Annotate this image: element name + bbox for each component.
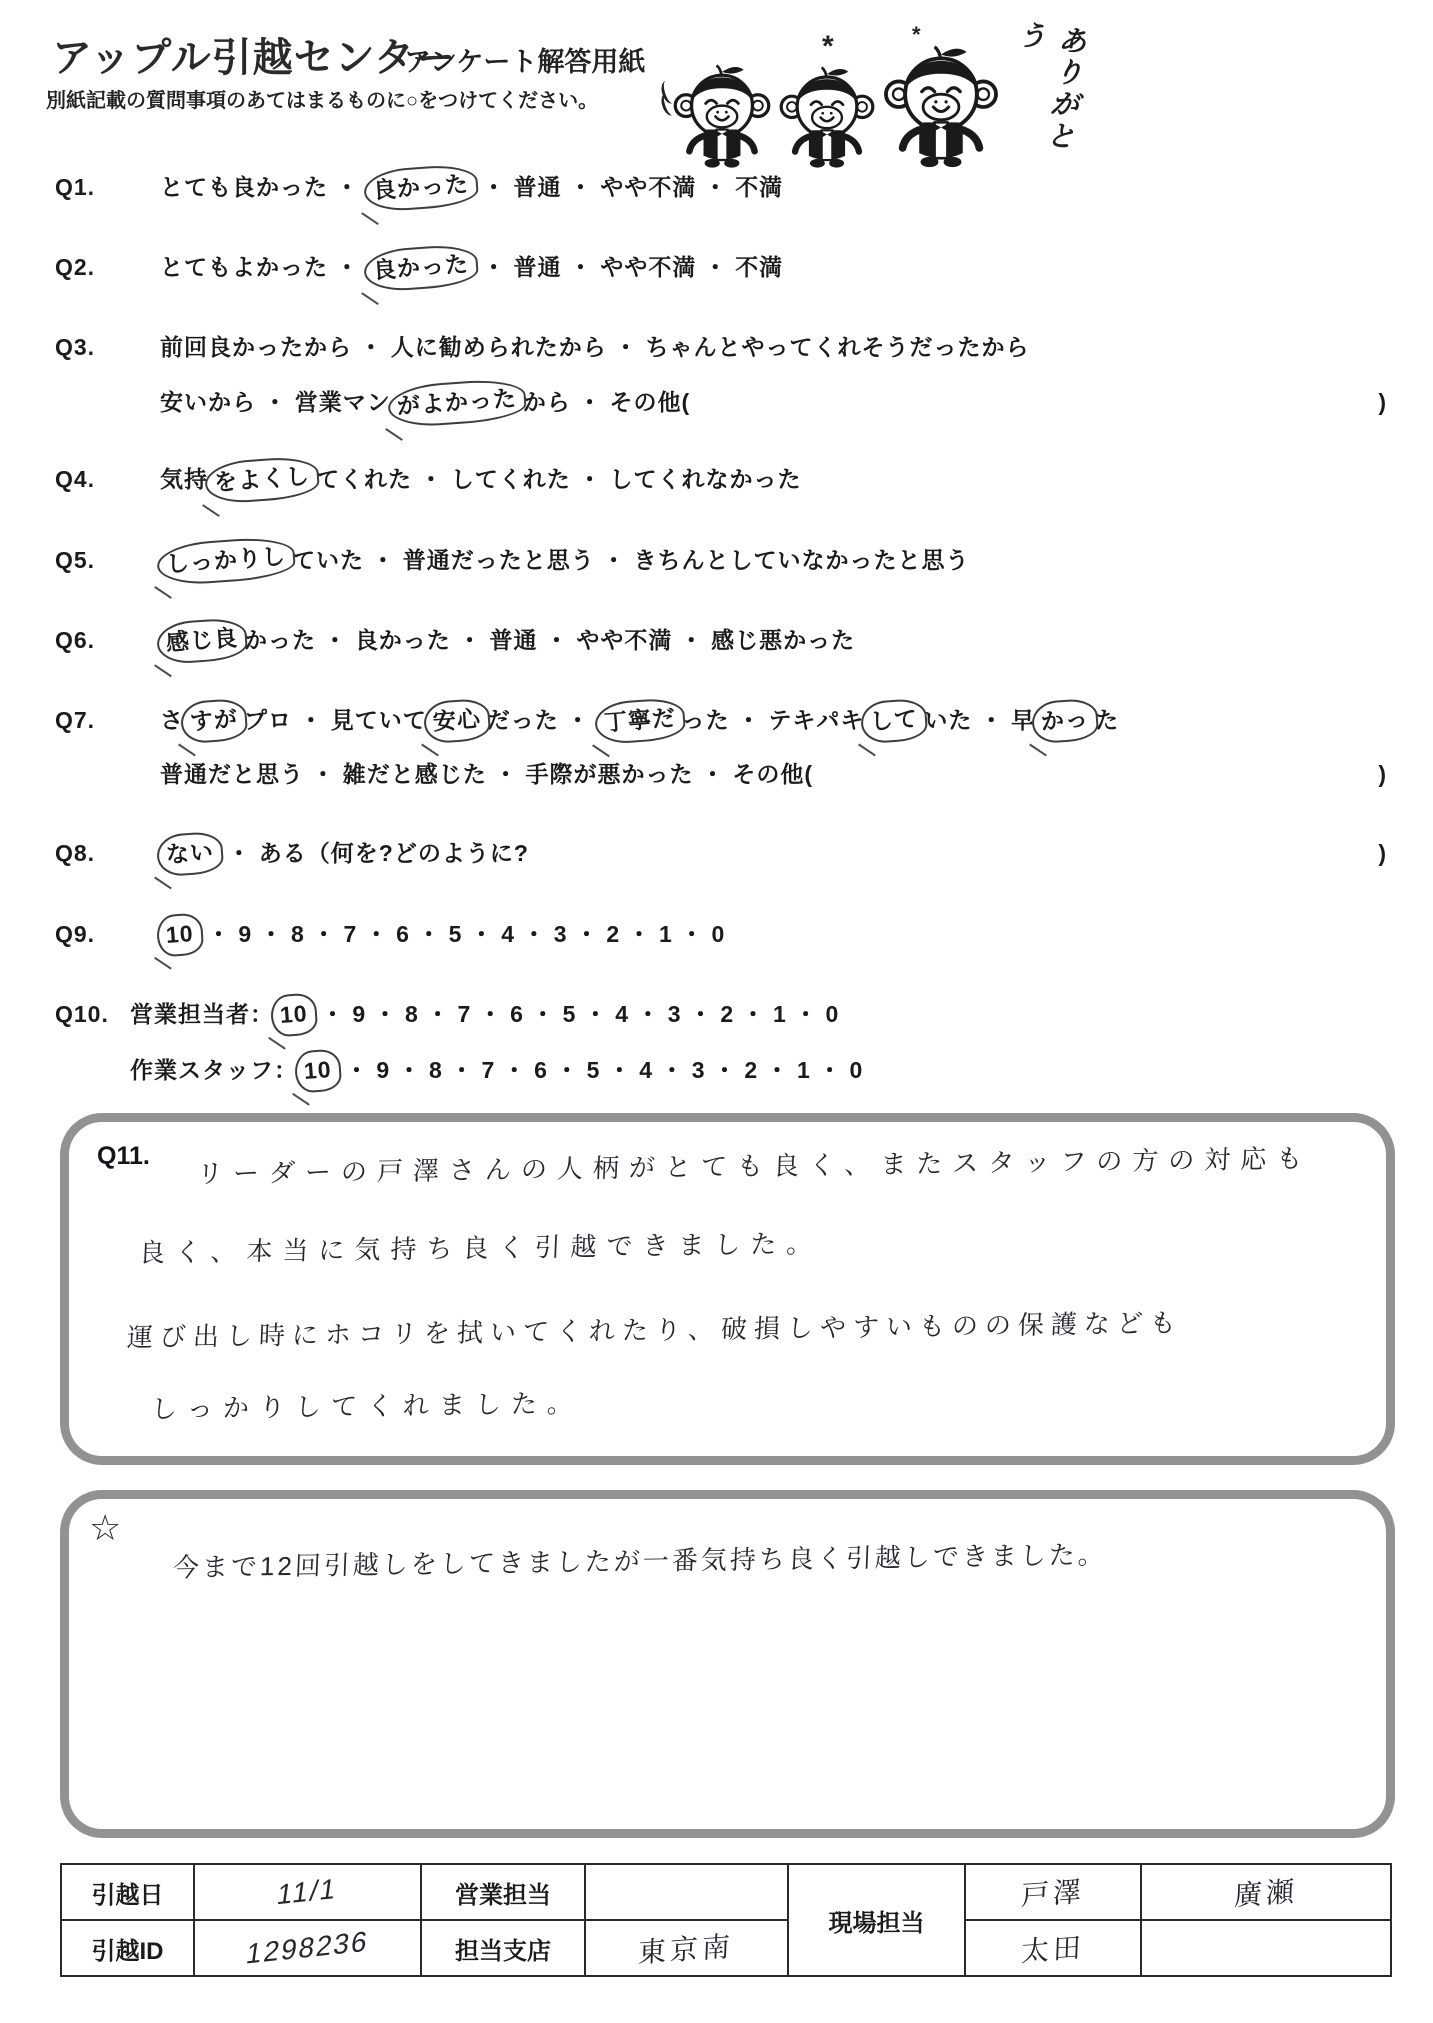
question-id: Q10.: [55, 997, 155, 1031]
option-text: から ・ その他(: [523, 389, 690, 415]
survey-sheet: アップル引越センター アンケート解答用紙 別紙記載の質問事項のあてはまるものに○…: [0, 0, 1433, 2023]
thanks-script: ありがとう: [993, 18, 1093, 177]
instruction-text: 別紙記載の質問事項のあてはまるものに○をつけてください。: [46, 84, 598, 113]
site-staff-name: 太田: [965, 1920, 1141, 1976]
question-row-q6: Q6. 感じ良かった ・ 良かった ・ 普通 ・ やや不満 ・ 感じ悪かった: [55, 623, 1395, 659]
question-id: Q1.: [55, 170, 155, 204]
branch-label: 担当支店: [421, 1920, 585, 1976]
option-circled: をよくし: [204, 455, 321, 505]
option-circled: 良かった: [362, 243, 479, 293]
close-paren: ): [1378, 836, 1387, 870]
question-row-q5: Q5. しっかりしていた ・ 普通だったと思う ・ きちんとしていなかったと思う: [55, 543, 1395, 579]
question-row-q8: Q8. ない ・ ある（何を?どのように? ): [55, 836, 1395, 872]
mascot-group: [672, 16, 1012, 171]
option-text: ・ 普通 ・ やや不満 ・ 不満: [475, 254, 783, 280]
option-circled: 良かった: [362, 163, 479, 213]
sales-rep-label: 営業担当: [421, 1864, 585, 1920]
option-text: だった ・: [487, 707, 598, 733]
question-id: Q5.: [55, 543, 155, 577]
rating-target-label: 作業スタッフ：: [130, 1057, 298, 1083]
sales-rep-value: [585, 1864, 788, 1920]
option-text: ・ ある（何を?どのように?: [220, 840, 529, 866]
move-id-value: 1298236: [194, 1920, 421, 1976]
handwriting-line: 良く、本当に気持ち良く引越できました。: [138, 1223, 823, 1270]
option-text: プロ ・ 見ていて: [244, 707, 427, 733]
question-row-q2: Q2. とてもよかった ・ 良かった ・ 普通 ・ やや不満 ・ 不満: [55, 250, 1395, 286]
free-comment-box: ☆ 今まで12回引越しをしてきましたが一番気持ち良く引越しできました。: [60, 1490, 1395, 1838]
question-row-q9: Q9. 10 ・ 9 ・ 8 ・ 7 ・ 6 ・ 5 ・ 4 ・ 3 ・ 2 ・…: [55, 917, 1395, 953]
question-row-q10-line2: 作業スタッフ：10 ・ 9 ・ 8 ・ 7 ・ 6 ・ 5 ・ 4 ・ 3 ・ …: [55, 1053, 1395, 1089]
option-text: ・ 普通 ・ やや不満 ・ 不満: [475, 174, 783, 200]
move-id-label: 引越ID: [61, 1920, 194, 1976]
sparkle-icon: *: [912, 22, 921, 48]
table-row: 引越日 11/1 営業担当 現場担当 戸澤 廣瀬: [61, 1864, 1391, 1920]
monkey-mascot-icon: [882, 43, 1000, 171]
question-row-q1: Q1. とても良かった ・ 良かった ・ 普通 ・ やや不満 ・ 不満: [55, 170, 1395, 206]
question-id: Q3.: [55, 330, 155, 364]
star-icon: ☆: [89, 1507, 121, 1549]
question-id: Q8.: [55, 836, 155, 870]
handwriting-line: 運び出し時にホコリを拭いてくれたり、破損しやすいものの保護なども: [126, 1303, 1183, 1355]
question-row-q7-line2: 普通だと思う ・ 雑だと感じた ・ 手際が悪かった ・ その他( ): [55, 757, 1395, 791]
option-text: とてもよかった ・: [160, 254, 367, 280]
option-circled: 10: [156, 912, 204, 957]
question-id: Q2.: [55, 250, 155, 284]
option-circled: 丁寧だ: [593, 697, 686, 745]
option-text: 前回良かったから ・ 人に勧められたから ・ ちゃんとやってくれそうだったから: [160, 334, 1030, 360]
option-circled: がよかった: [386, 377, 527, 429]
site-staff-label: 現場担当: [788, 1864, 965, 1976]
monkey-mascot-icon: [672, 62, 772, 171]
question-row-q3-line2: 安いから ・ 営業マンがよかったから ・ その他( ): [55, 385, 1395, 421]
question-row-q4: Q4. 気持をよくしてくれた ・ してくれた ・ してくれなかった: [55, 462, 1395, 498]
close-paren: ): [1378, 385, 1387, 419]
option-text: た: [1095, 707, 1119, 733]
table-row: 引越ID 1298236 担当支店 東京南 太田: [61, 1920, 1391, 1976]
option-circled: ない: [156, 831, 225, 878]
monkey-mascot-icon: [778, 64, 876, 171]
branch-value: 東京南: [585, 1920, 788, 1976]
question-id: Q4.: [55, 462, 155, 496]
form-title: アンケート解答用紙: [404, 40, 645, 79]
option-circled: 安心: [422, 698, 491, 745]
option-circled: すが: [180, 698, 249, 745]
question-id: Q11.: [97, 1142, 150, 1171]
option-text: ・ 9 ・ 8 ・ 7 ・ 6 ・ 5 ・ 4 ・ 3 ・ 2 ・ 1 ・ 0: [200, 921, 726, 947]
option-text: てくれた ・ してくれた ・ してくれなかった: [316, 466, 802, 492]
question-row-q7: Q7. さすがプロ ・ 見ていて安心だった ・ 丁寧だった ・ テキパキしていた…: [55, 703, 1395, 739]
option-circled: 感じ良: [156, 617, 249, 665]
option-circled: しっかりし: [156, 535, 297, 587]
option-circled: かっ: [1031, 698, 1100, 745]
option-text: ていた ・ 普通だったと思う ・ きちんとしていなかったと思う: [292, 547, 970, 573]
option-text: ・ 9 ・ 8 ・ 7 ・ 6 ・ 5 ・ 4 ・ 3 ・ 2 ・ 1 ・ 0: [314, 1001, 840, 1027]
option-circled: 10: [294, 1048, 342, 1093]
handwriting-line: しっかりしてくれました。: [150, 1383, 583, 1426]
handwriting-line: 今まで12回引越しをしてきましたが一番気持ち良く引越しできました。: [172, 1534, 1107, 1584]
sparkle-icon: *: [822, 30, 834, 64]
option-text: ・ 9 ・ 8 ・ 7 ・ 6 ・ 5 ・ 4 ・ 3 ・ 2 ・ 1 ・ 0: [338, 1057, 864, 1083]
question-row-q3: Q3. 前回良かったから ・ 人に勧められたから ・ ちゃんとやってくれそうだっ…: [55, 330, 1395, 364]
option-text: 普通だと思う ・ 雑だと感じた ・ 手際が悪かった ・ その他(: [160, 761, 813, 787]
option-text: った ・ テキパキ: [682, 707, 865, 733]
option-circled: 10: [270, 992, 318, 1037]
question-id: Q9.: [55, 917, 155, 951]
close-paren: ): [1378, 757, 1387, 791]
option-text: 気持: [160, 466, 208, 492]
option-text: 安いから ・ 営業マン: [160, 389, 391, 415]
footer-table: 引越日 11/1 営業担当 現場担当 戸澤 廣瀬 引越ID 1298236 担当…: [60, 1863, 1392, 1977]
site-staff-name: 廣瀬: [1141, 1864, 1391, 1920]
option-circled: して: [860, 698, 929, 745]
question-id: Q6.: [55, 623, 155, 657]
question-row-q10: Q10. 営業担当者：10 ・ 9 ・ 8 ・ 7 ・ 6 ・ 5 ・ 4 ・ …: [55, 997, 1395, 1033]
move-date-value: 11/1: [194, 1864, 421, 1920]
option-text: いた ・ 早: [924, 707, 1035, 733]
question-id: Q7.: [55, 703, 155, 737]
option-text: とても良かった ・: [160, 174, 367, 200]
brand-title: アップル引越センター: [52, 26, 456, 83]
handwriting-line: リーダーの戸澤さんの人柄がとても良く、またスタッフの方の対応も: [196, 1138, 1313, 1191]
site-staff-name: [1141, 1920, 1391, 1976]
move-date-label: 引越日: [61, 1864, 194, 1920]
option-text: かった ・ 良かった ・ 普通 ・ やや不満 ・ 感じ悪かった: [244, 627, 855, 653]
site-staff-name: 戸澤: [965, 1864, 1141, 1920]
q11-comment-box: Q11. リーダーの戸澤さんの人柄がとても良く、またスタッフの方の対応も 良く、…: [60, 1113, 1395, 1465]
